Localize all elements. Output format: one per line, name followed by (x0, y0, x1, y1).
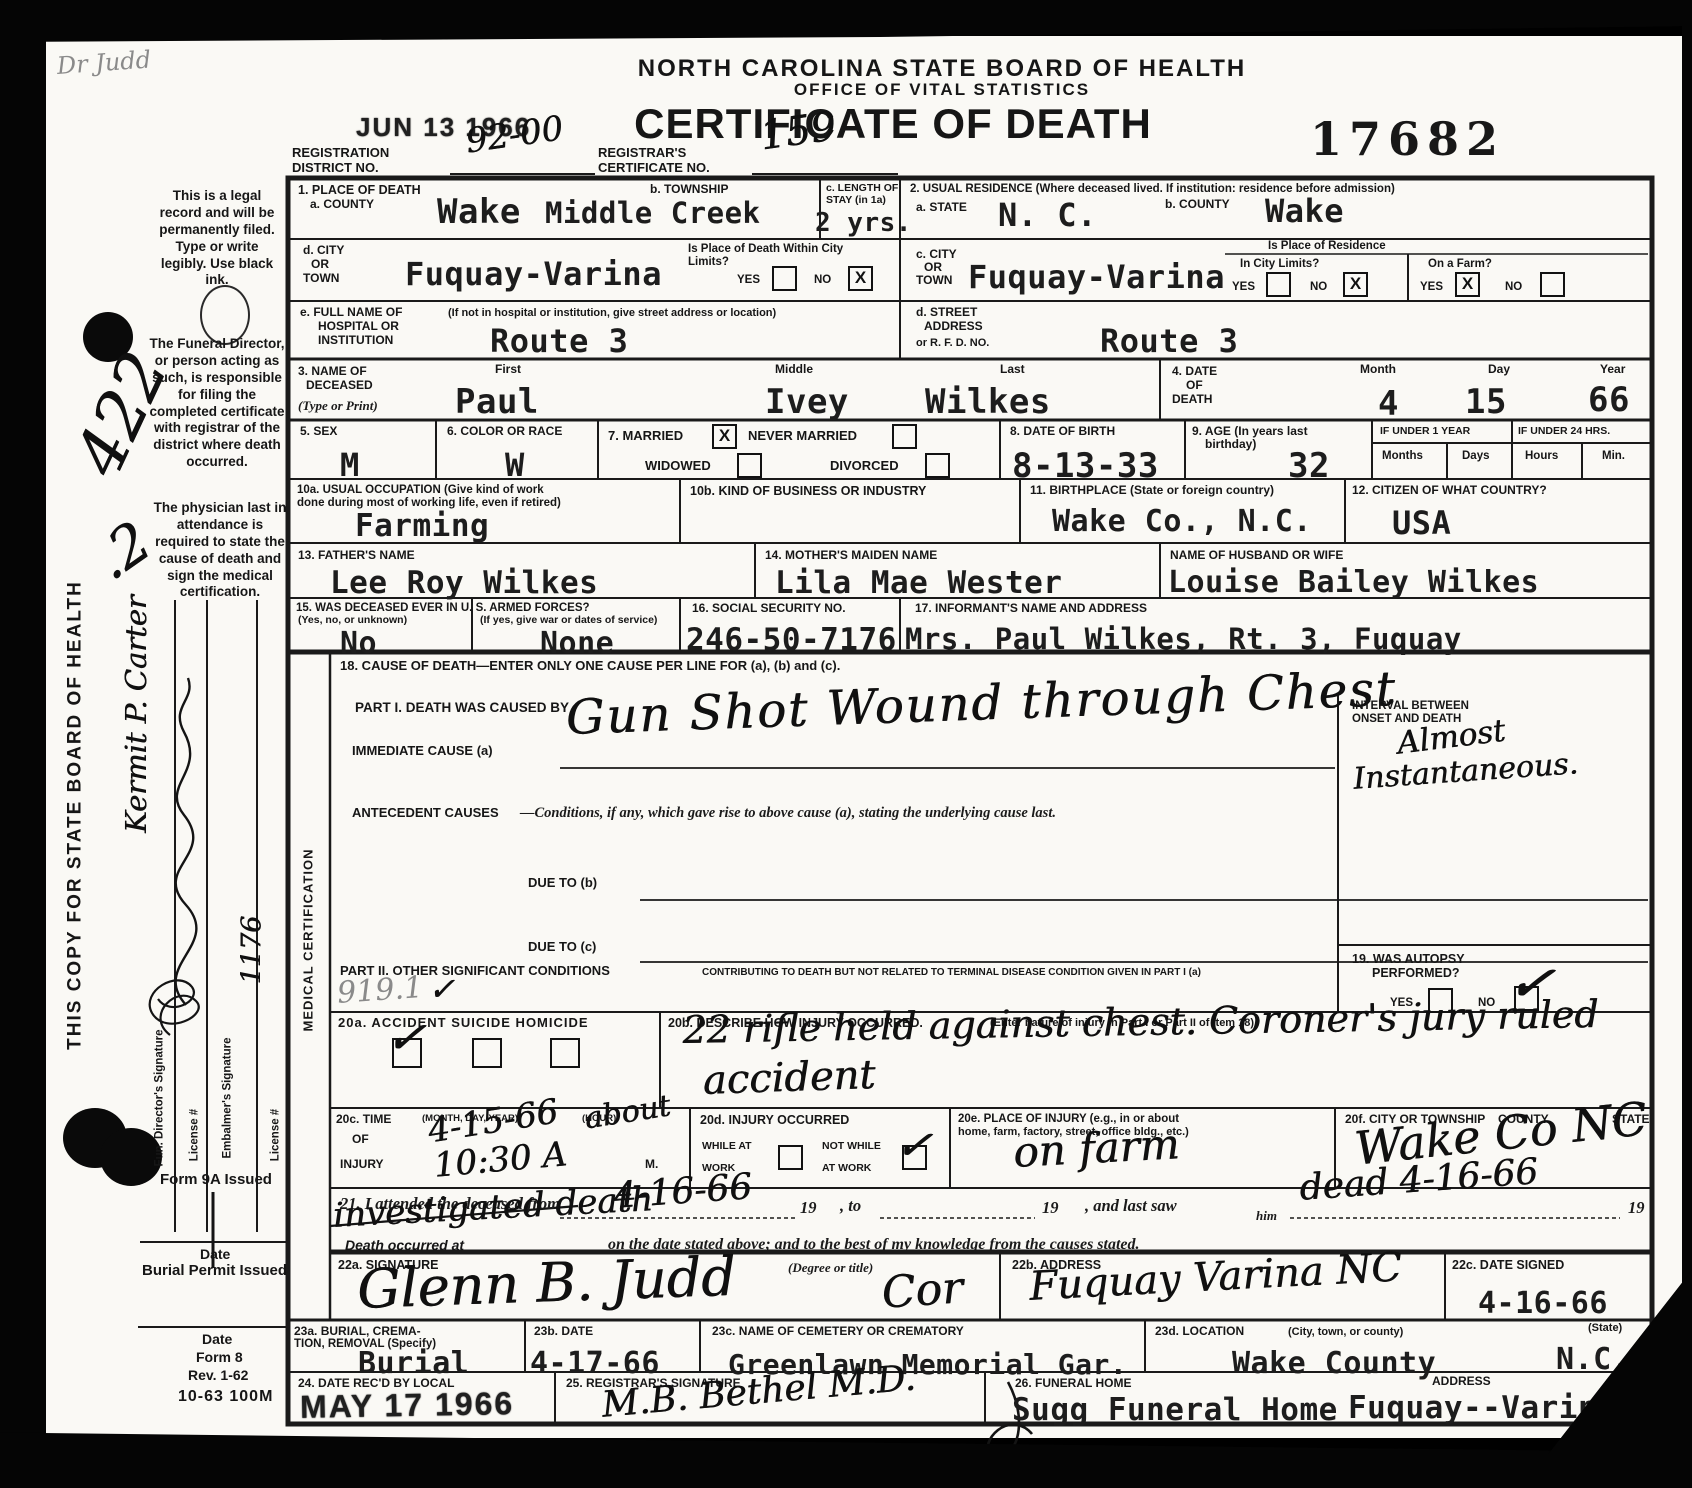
date-received-stamp: MAY 17 1966 (300, 1385, 515, 1426)
hospital-or-address-value: Route 3 (490, 322, 628, 360)
first-name-value: Paul (455, 382, 539, 422)
armed-forces-label: 15. WAS DECEASED EVER IN U. S. ARMED FOR… (296, 602, 590, 615)
length-of-stay-label: c. LENGTH OF (826, 183, 898, 195)
no-label: NO (814, 274, 831, 287)
married-checkbox: X (712, 424, 737, 449)
last-name-label: Last (1000, 363, 1025, 376)
on-farm-no-checkbox (1540, 272, 1565, 297)
time-of-injury-label3: INJURY (340, 1158, 384, 1171)
scan-edge-right (1682, 0, 1692, 1488)
fathers-name-label: 13. FATHER'S NAME (298, 549, 415, 562)
date-of-death-label: 4. DATE (1172, 365, 1217, 378)
yes-label: YES (1420, 281, 1443, 294)
armed-forces-hint2: (If yes, give war or dates of service) (480, 615, 657, 627)
injury-occurred-label: 20d. INJURY OCCURRED (700, 1113, 849, 1127)
husband-or-wife-label: NAME OF HUSBAND OR WIFE (1170, 549, 1343, 562)
day-label: Day (1488, 363, 1510, 376)
while-at-work-checkbox (778, 1145, 803, 1170)
occupation-value: Farming (355, 508, 489, 544)
length-of-stay-value: 2 yrs. (815, 208, 912, 238)
autopsy-label2: PERFORMED? (1372, 966, 1460, 980)
year-blank-19: 19 (800, 1198, 817, 1218)
type-or-print-hint: (Type or Print) (298, 398, 378, 414)
if-under-24-hrs-label: IF UNDER 24 HRS. (1518, 426, 1610, 438)
year-blank-19: 19 (1042, 1198, 1059, 1218)
social-security-value: 246-50-7176 (686, 622, 897, 658)
no-label: NO (1310, 281, 1327, 294)
date-of-birth-label: 8. DATE OF BIRTH (1010, 425, 1115, 438)
date-of-death-label3: DEATH (1172, 393, 1212, 406)
city-label-or: OR (311, 258, 329, 271)
board-of-health-title: NORTH CAROLINA STATE BOARD OF HEALTH (638, 56, 1246, 83)
funeral-home-address-label: ADDRESS (1432, 1375, 1491, 1388)
city-limits-question2: Limits? (688, 256, 729, 269)
sex-value: M (340, 446, 360, 484)
birthplace-value: Wake Co., N.C. (1052, 504, 1312, 539)
months-label: Months (1382, 450, 1423, 463)
time-of-injury-label: 20c. TIME (336, 1113, 391, 1126)
form-9a-issued-label: Form 9A Issued (160, 1172, 272, 1189)
embalmer-signature-label: Embalmer's Signature (222, 1038, 235, 1159)
to-text: , to (840, 1196, 861, 1216)
race-value: W (505, 446, 525, 484)
city-limits-question: Is Place of Death Within City (688, 243, 843, 256)
residence-state-value: N. C. (998, 196, 1097, 234)
date-of-birth-value: 8-13-33 (1012, 446, 1159, 486)
cause-of-death-title: 18. CAUSE OF DEATH—ENTER ONLY ONE CAUSE … (340, 659, 840, 674)
death-occurred-text: Death occurred at (345, 1238, 464, 1254)
widowed-checkbox (737, 453, 762, 478)
hours-label: Hours (1525, 450, 1558, 463)
township-value: Middle Creek (545, 196, 761, 230)
certificate-no-label: CERTIFICATE NO. (598, 161, 710, 176)
scanned-death-certificate: Dr Judd THIS COPY FOR STATE BOARD OF HEA… (0, 0, 1692, 1488)
mothers-maiden-name-value: Lila Mae Wester (775, 565, 1062, 601)
burial-cremation-label: 23a. BURIAL, CREMA- (294, 1325, 421, 1338)
date-signed-value: 4-16-66 (1478, 1286, 1608, 1321)
hospital-name-hint: (If not in hospital or institution, give… (448, 307, 776, 319)
part2-hint: CONTRIBUTING TO DEATH BUT NOT RELATED TO… (702, 967, 1201, 978)
district-no-label: DISTRICT NO. (292, 161, 379, 176)
date-label: Date (200, 1247, 230, 1263)
name-of-deceased-label2: DECEASED (306, 379, 373, 392)
him-text: him (1256, 1208, 1277, 1224)
residence-question: Is Place of Residence (1268, 240, 1386, 253)
state-label: a. STATE (916, 201, 967, 214)
residence-city-value: Fuquay-Varina (968, 258, 1225, 296)
residence-in-city-no-checkbox: X (1343, 272, 1368, 297)
residence-county-label: b. COUNTY (1165, 198, 1230, 211)
homicide-checkbox (550, 1038, 580, 1068)
street-address-label2: ADDRESS (924, 320, 983, 333)
last-name-value: Wilkes (925, 382, 1051, 422)
armed-forces-service: None (540, 626, 614, 661)
if-under-1-year-label: IF UNDER 1 YEAR (1380, 426, 1470, 438)
mothers-maiden-name-label: 14. MOTHER'S MAIDEN NAME (765, 549, 937, 562)
death-county-value: Wake (437, 192, 521, 232)
age-value: 32 (1288, 446, 1330, 486)
city-label-town: TOWN (303, 272, 339, 285)
fathers-name-value: Lee Roy Wilkes (330, 565, 598, 601)
due-to-b-label: DUE TO (b) (528, 876, 597, 891)
yes-label: YES (1232, 281, 1255, 294)
on-a-farm-label: On a Farm? (1428, 258, 1492, 271)
medical-certification-vertical-label: MEDICAL CERTIFICATION (302, 848, 317, 1031)
color-or-race-label: 6. COLOR OR RACE (447, 425, 562, 438)
part1-label: PART I. DEATH WAS CAUSED BY (355, 700, 569, 715)
divorced-label: DIVORCED (830, 459, 899, 474)
hospital-name-label2: HOSPITAL OR (318, 320, 399, 333)
state-hint: (State) (1588, 1322, 1622, 1334)
death-in-city-limits-no-checkbox: X (848, 266, 873, 291)
sex-label: 5. SEX (300, 425, 337, 438)
certifier-title-handwritten: Cor (880, 1262, 965, 1319)
married-label: 7. MARRIED (608, 429, 683, 444)
death-year-value: 66 (1588, 380, 1630, 420)
informant-value: Mrs. Paul Wilkes, Rt. 3, Fuquay (905, 622, 1462, 656)
margin-note-legal: This is a legal record and will be perma… (158, 188, 276, 289)
death-month-value: 4 (1378, 384, 1399, 424)
divorced-checkbox (925, 453, 950, 478)
date-of-death-label2: OF (1186, 379, 1203, 392)
revision-label: Rev. 1-62 (188, 1368, 248, 1384)
office-subtitle: OFFICE OF VITAL STATISTICS (794, 80, 1090, 99)
license-number-label: License # (270, 1109, 283, 1161)
hospital-name-label: e. FULL NAME OF (300, 306, 402, 319)
year-label: Year (1600, 363, 1625, 376)
length-of-stay-label2: STAY (in 1a) (826, 195, 886, 207)
month-label: Month (1360, 363, 1396, 376)
place-of-injury-handwritten: on farm (1012, 1119, 1181, 1177)
days-label: Days (1462, 450, 1490, 463)
yes-label: YES (737, 274, 760, 287)
certifier-signature-handwritten: Glenn B. Judd (356, 1245, 737, 1321)
accident-suicide-homicide-label: 20a. ACCIDENT SUICIDE HOMICIDE (338, 1016, 589, 1031)
funeral-home-label: 26. FUNERAL HOME (1015, 1377, 1131, 1390)
margin-note-physician: The physician last in attendance is requ… (150, 500, 290, 601)
funeral-director-signature-label: Fun. Director's Signature (154, 1030, 167, 1167)
embalmer-license-number: 1176 (237, 916, 268, 985)
funeral-home-name-value: Sugg Funeral Home (1012, 1392, 1338, 1428)
middle-name-label: Middle (775, 363, 813, 376)
location-label: 23d. LOCATION (1155, 1325, 1244, 1338)
antecedent-causes-label: ANTECEDENT CAUSES (352, 806, 499, 821)
location-hint: (City, town, or county) (1288, 1326, 1403, 1338)
immediate-cause-label: IMMEDIATE CAUSE (a) (352, 744, 493, 759)
meridiem-label: M. (645, 1158, 658, 1171)
registration-label: REGISTRATION (292, 146, 389, 161)
death-in-city-limits-yes-checkbox (772, 266, 797, 291)
citizen-label: 12. CITIZEN OF WHAT COUNTRY? (1352, 484, 1547, 497)
accident-checkmark: ✓ (383, 1008, 428, 1067)
on-farm-yes-checkbox: X (1455, 272, 1480, 297)
street-address-value: Route 3 (1100, 322, 1238, 360)
cemetery-location-value: Wake County (1232, 1346, 1436, 1381)
burial-date-label: 23b. DATE (534, 1325, 593, 1338)
not-while-at-work-label: NOT WHILE (822, 1141, 881, 1153)
while-at-work-label: WHILE AT (702, 1141, 752, 1153)
usual-occupation-label: 10a. USUAL OCCUPATION (Give kind of work (297, 484, 544, 497)
due-to-c-label: DUE TO (c) (528, 940, 596, 955)
form-8-label: Form 8 (196, 1350, 243, 1366)
armed-forces-answer: No (340, 626, 377, 661)
burial-permit-issued-label: Burial Permit Issued (142, 1263, 287, 1280)
interval-label: INTERVAL BETWEEN (1352, 700, 1469, 713)
not-while-at-work-checkmark: ✓ (893, 1118, 935, 1173)
citizenship-value: USA (1392, 504, 1451, 542)
time-of-injury-label2: OF (352, 1133, 369, 1146)
min-label: Min. (1602, 450, 1625, 463)
residence-county-value: Wake (1265, 192, 1344, 230)
street-address-label: d. STREET (916, 306, 977, 319)
rfd-no-label: or R. F. D. NO. (916, 337, 989, 349)
place-of-death-title: 1. PLACE OF DEATH (298, 183, 421, 197)
year-blank-19: 19 (1628, 1198, 1645, 1218)
never-married-checkbox (892, 424, 917, 449)
certificate-serial-number: 17682 (1310, 112, 1505, 166)
last-saw-text: , and last saw (1085, 1196, 1177, 1216)
pencil-checkmark: ✓ (428, 970, 455, 1008)
degree-or-title-label: (Degree or title) (788, 1260, 873, 1276)
embalmer-signature: Kermit P. Carter (119, 595, 153, 833)
pencil-cause-code: 919.1 (336, 970, 424, 1011)
registrars-label: REGISTRAR'S (598, 146, 686, 161)
copy-destination-vertical-stamp: THIS COPY FOR STATE BOARD OF HEALTH (64, 580, 85, 1050)
kind-of-business-label: 10b. KIND OF BUSINESS OR INDUSTRY (690, 484, 926, 498)
date-label: Date (202, 1332, 232, 1348)
first-name-label: First (495, 363, 521, 376)
residence-city-label-town: TOWN (916, 274, 952, 287)
hospital-name-label3: INSTITUTION (318, 334, 393, 347)
armed-forces-hint1: (Yes, no, or unknown) (298, 615, 407, 627)
in-city-limits-label: In City Limits? (1240, 258, 1319, 271)
scan-edge-left (0, 0, 46, 1488)
county-label: a. COUNTY (310, 198, 374, 211)
middle-name-value: Ivey (765, 382, 849, 422)
widowed-label: WIDOWED (645, 459, 711, 474)
autopsy-label: 19. WAS AUTOPSY (1352, 952, 1465, 966)
antecedent-causes-hint: —Conditions, if any, which gave rise to … (520, 805, 1056, 822)
suicide-checkbox (472, 1038, 502, 1068)
never-married-label: NEVER MARRIED (748, 429, 857, 444)
residence-in-city-yes-checkbox (1266, 272, 1291, 297)
certificate-title: CERTIFICATE OF DEATH (634, 100, 1152, 147)
print-code-label: 10-63 100M (178, 1388, 273, 1406)
city-label: d. CITY (303, 244, 344, 257)
death-city-value: Fuquay-Varina (405, 255, 662, 293)
no-label: NO (1505, 281, 1522, 294)
license-number-label: License # (189, 1109, 202, 1161)
date-signed-label: 22c. DATE SIGNED (1452, 1258, 1564, 1272)
cemetery-name-label: 23c. NAME OF CEMETERY OR CREMATORY (712, 1325, 964, 1338)
informant-label: 17. INFORMANT'S NAME AND ADDRESS (915, 602, 1147, 615)
spouse-name-value: Louise Bailey Wilkes (1168, 565, 1539, 600)
death-day-value: 15 (1465, 382, 1507, 422)
age-label2: birthday) (1205, 438, 1256, 451)
name-of-deceased-label: 3. NAME OF (298, 365, 367, 378)
not-while-at-work-label2: AT WORK (822, 1163, 871, 1175)
social-security-label: 16. SOCIAL SECURITY NO. (692, 602, 846, 615)
birthplace-label: 11. BIRTHPLACE (State or foreign country… (1030, 484, 1274, 497)
injury-description-handwritten2: accident (702, 1052, 876, 1104)
township-label: b. TOWNSHIP (650, 183, 728, 196)
